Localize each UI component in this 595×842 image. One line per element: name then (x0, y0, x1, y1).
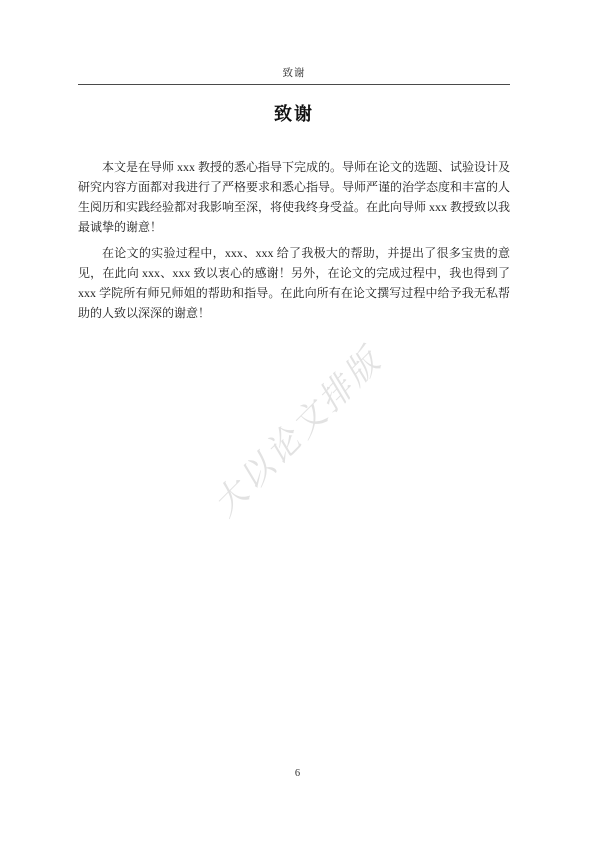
page-number: 6 (0, 768, 595, 779)
document-page: 致谢 致谢 本文是在导师 xxx 教授的悉心指导下完成的。导师在论文的选题、试验… (0, 0, 595, 842)
paragraph-2: 在论文的实验过程中，xxx、xxx 给了我极大的帮助，并提出了很多宝贵的意见，在… (78, 243, 510, 323)
running-header: 致谢 (78, 65, 510, 80)
page-title: 致谢 (78, 100, 510, 126)
diagonal-watermark: 大以论文排版 (201, 335, 391, 525)
header-rule-divider (78, 84, 510, 85)
body-text: 本文是在导师 xxx 教授的悉心指导下完成的。导师在论文的选题、试验设计及研究内… (78, 157, 510, 329)
paragraph-1: 本文是在导师 xxx 教授的悉心指导下完成的。导师在论文的选题、试验设计及研究内… (78, 157, 510, 237)
